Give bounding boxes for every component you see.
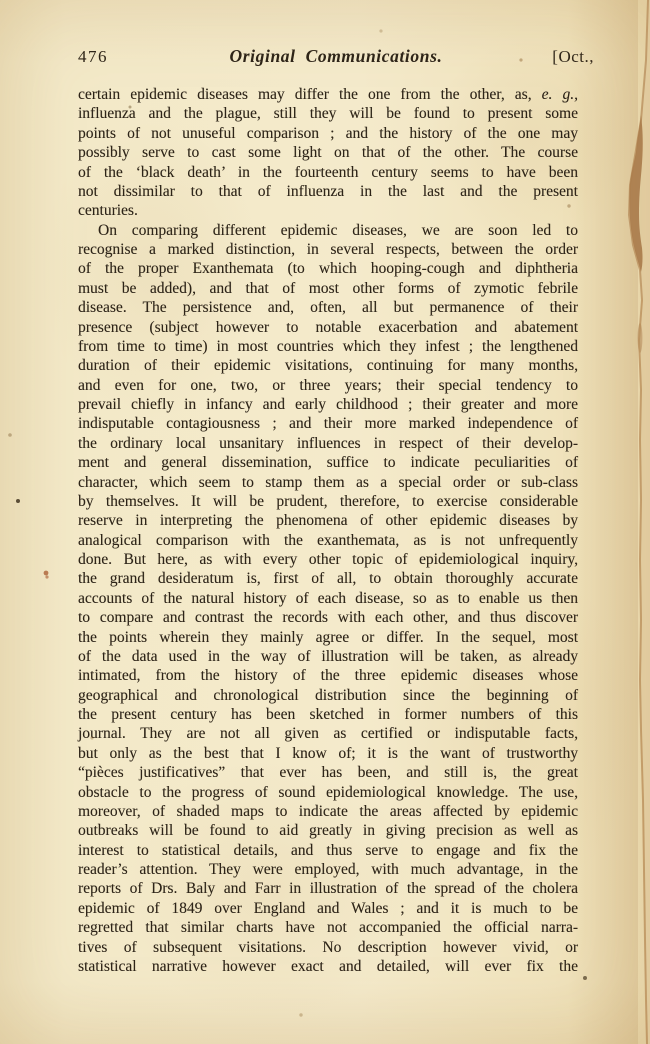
text-line: moreover, of shaded maps to indicate the… — [78, 802, 578, 821]
text-line: ment and general dissemination, suffice … — [78, 453, 578, 472]
page-header: 476 Original Communications. [Oct., — [78, 46, 594, 67]
text-line: the present century has been sketched in… — [78, 705, 578, 724]
text-line: and even for one, two, or three years; t… — [78, 376, 578, 395]
paper-specks — [0, 0, 2, 2]
text-line: not dissimilar to that of influenza in t… — [78, 182, 578, 201]
text-line: by themselves. It will be prudent, there… — [78, 492, 578, 511]
text-line: tives of subsequent visitations. No desc… — [78, 938, 578, 957]
text-line: duration of their epidemic visitations, … — [78, 356, 578, 375]
text-line: interest to statistical details, and thu… — [78, 841, 578, 860]
text-line: possibly serve to cast some light on tha… — [78, 143, 578, 162]
text-line: of the ‘black death’ in the fourteenth c… — [78, 163, 578, 182]
text-line: regretted that similar charts have not a… — [78, 918, 578, 937]
text-line: presence (subject however to notable exa… — [78, 318, 578, 337]
text-line: certain epidemic diseases may differ the… — [78, 85, 578, 104]
text-line: outbreaks will be found to aid greatly i… — [78, 821, 578, 840]
text-block: certain epidemic diseases may differ the… — [78, 85, 578, 976]
page-number: 476 — [78, 47, 148, 67]
scanned-page: 476 Original Communications. [Oct., cert… — [0, 0, 650, 1044]
text-line: to compare and contrast the records with… — [78, 608, 578, 627]
text-line: analogical comparison with the exanthema… — [78, 531, 578, 550]
text-line: influenza and the plague, still they wil… — [78, 104, 578, 123]
text-line: indisputable contagiousness ; and their … — [78, 414, 578, 433]
text-line: disease. The persistence and, often, all… — [78, 298, 578, 317]
text-line: reserve in interpreting the phenomena of… — [78, 511, 578, 530]
text-line: from time to time) in most countries whi… — [78, 337, 578, 356]
text-line: of the data used in the way of illustrat… — [78, 647, 578, 666]
text-line: epidemic of 1849 over England and Wales … — [78, 899, 578, 918]
text-line: but only as the best that I know of; it … — [78, 744, 578, 763]
text-line: reader’s attention. They were employed, … — [78, 860, 578, 879]
text-line: statistical narrative however exact and … — [78, 957, 578, 976]
text-line: accounts of the natural history of each … — [78, 589, 578, 608]
text-line: points of not unuseful comparison ; and … — [78, 124, 578, 143]
text-line: prevail chiefly in infancy and early chi… — [78, 395, 578, 414]
text-line: journal. They are not all given as certi… — [78, 724, 578, 743]
text-line: “pièces justificatives” that ever has be… — [78, 763, 578, 782]
text-line: reports of Drs. Baly and Farr in illustr… — [78, 879, 578, 898]
text-line: obstacle to the progress of sound epidem… — [78, 783, 578, 802]
paragraph: On comparing different epidemic diseases… — [78, 221, 578, 977]
text-line: of the proper Exanthemata (to which hoop… — [78, 259, 578, 278]
text-line: On comparing different epidemic diseases… — [78, 221, 578, 240]
text-line: intimated, from the history of the three… — [78, 666, 578, 685]
italic-text: e. g., — [542, 86, 578, 103]
paragraph: certain epidemic diseases may differ the… — [78, 85, 578, 221]
journal-section-title: Original Communications. — [148, 46, 524, 67]
issue-date: [Oct., — [524, 47, 594, 67]
text-line: done. But here, as with every other topi… — [78, 550, 578, 569]
text-line: geographical and chronological distribut… — [78, 686, 578, 705]
text-line: must be added), and that of most other f… — [78, 279, 578, 298]
text-line: the points wherein they mainly agree or … — [78, 628, 578, 647]
text-line: recognise a marked distinction, in sever… — [78, 240, 578, 259]
text-line: character, which seem to stamp them as a… — [78, 473, 578, 492]
text-line: the ordinary local unsanitary influences… — [78, 434, 578, 453]
text-line: centuries. — [78, 201, 578, 220]
text-line: the grand desideratum is, first of all, … — [78, 569, 578, 588]
torn-page-edge — [595, 0, 650, 1044]
